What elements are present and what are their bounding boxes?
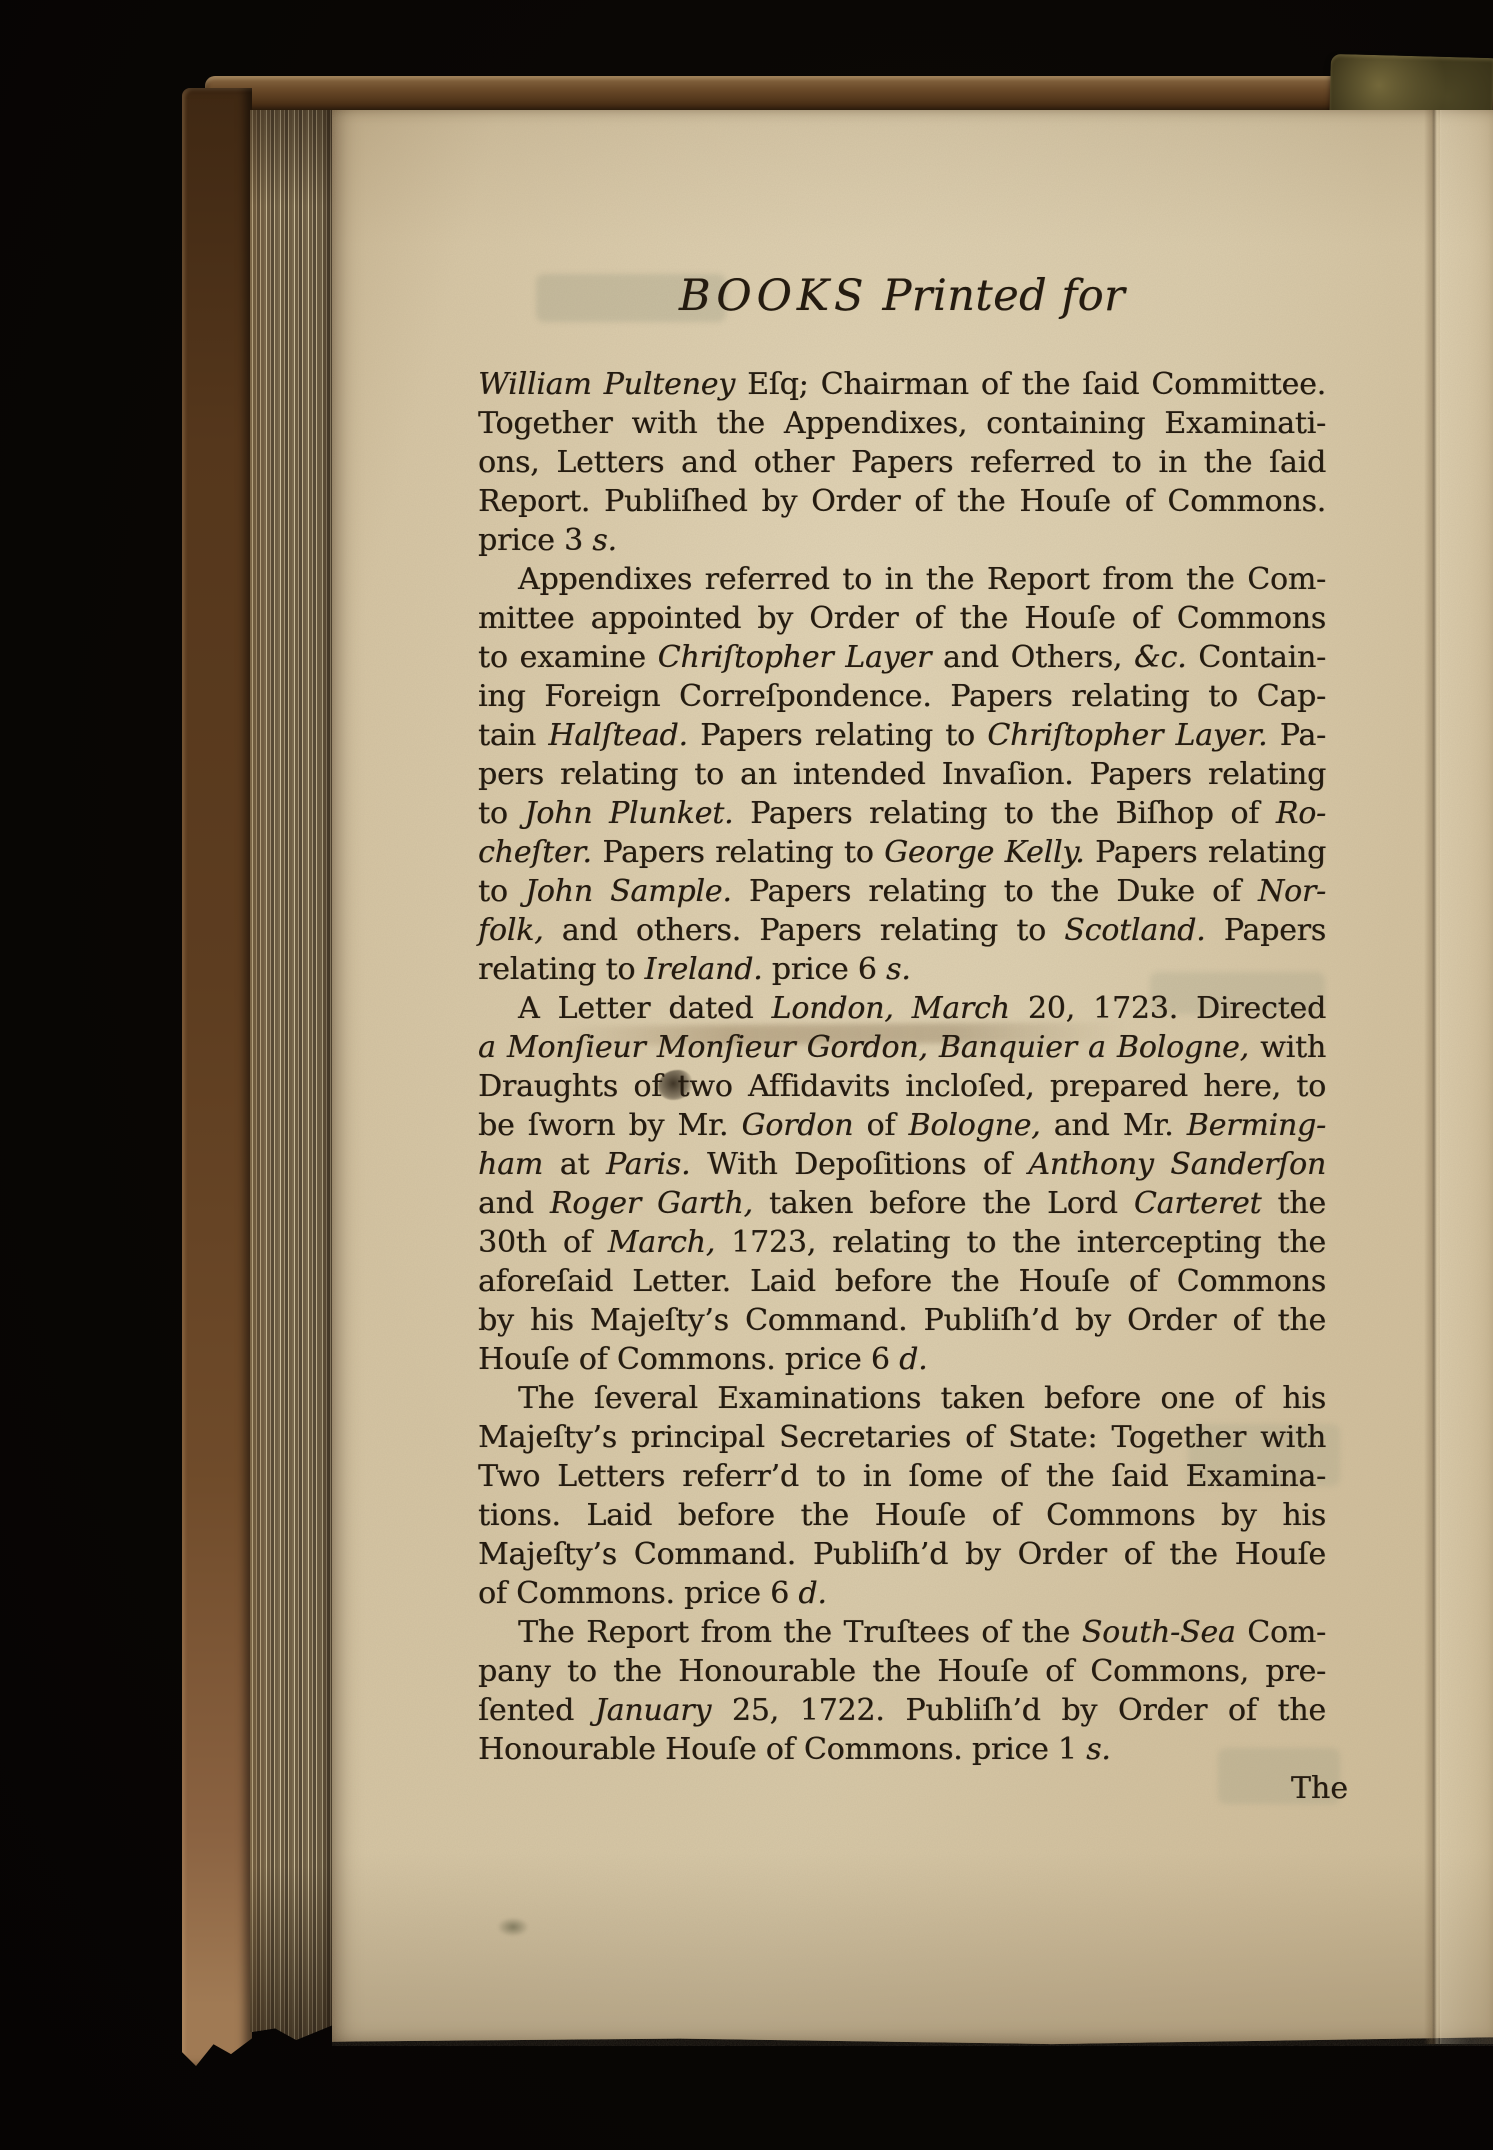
text-run: Berming- xyxy=(1187,1108,1326,1143)
heading-word-books: BOOKS xyxy=(679,271,868,321)
page-heading: BOOKSPrinted for xyxy=(478,270,1326,322)
text-run: Roger Garth, xyxy=(550,1186,753,1221)
text-body: William Pulteney Eſq; Chairman of the ſa… xyxy=(478,365,1326,1808)
text-line: to examine Chriſtopher Layer and Others,… xyxy=(478,638,1326,677)
text-line: Two Letters referr’d to in ſome of the ſ… xyxy=(478,1457,1326,1496)
text-run: mittee appointed by Order of the Houſe o… xyxy=(478,601,1326,636)
text-run: ham xyxy=(478,1147,543,1182)
text-line: ons, Letters and other Papers referred t… xyxy=(478,443,1326,482)
text-run: Nor- xyxy=(1258,874,1326,909)
text-line: William Pulteney Eſq; Chairman of the ſa… xyxy=(478,365,1326,404)
text-run: relating to xyxy=(478,952,645,987)
text-run: John Sample. xyxy=(525,874,732,909)
text-line: A Letter dated London, March 20, 1723. D… xyxy=(478,989,1326,1028)
text-run: and xyxy=(478,1186,550,1221)
text-run: taken before the Lord xyxy=(753,1186,1134,1221)
text-run: ing Foreign Correſpondence. Papers relat… xyxy=(478,679,1326,714)
text-run: d. xyxy=(899,1342,927,1377)
text-run: Papers xyxy=(1205,913,1326,948)
text-run: be ſworn by Mr. xyxy=(478,1108,742,1143)
text-line: be ſworn by Mr. Gordon of Bologne, and M… xyxy=(478,1106,1326,1145)
book-top-edge-leather xyxy=(205,76,1493,114)
text-line: Majeſty’s Command. Publiſh’d by Order of… xyxy=(478,1535,1326,1574)
text-line: 30th of March, 1723, relating to the int… xyxy=(478,1223,1326,1262)
text-run: 25, 1722. Publiſh’d by Order of the xyxy=(711,1693,1326,1728)
text-run: Ireland. xyxy=(645,952,763,987)
text-run: to xyxy=(478,874,525,909)
text-line: pers relating to an intended Invaſion. P… xyxy=(478,755,1326,794)
text-run: Anthony Sanderſon xyxy=(1028,1147,1326,1182)
text-run: Draughts of two Affidavits incloſed, pre… xyxy=(478,1069,1326,1104)
text-line: Report. Publiſhed by Order of the Houſe … xyxy=(478,482,1326,521)
text-run: price 6 xyxy=(762,952,886,987)
text-run: Chriſtopher Layer xyxy=(658,640,932,675)
text-run: Papers relating to xyxy=(688,718,987,753)
text-line: Houſe of Commons. price 6 d. xyxy=(478,1340,1326,1379)
text-run: aforeſaid Letter. Laid before the Houſe … xyxy=(478,1264,1326,1299)
text-run: Contain- xyxy=(1186,640,1326,675)
text-run: George Kelly. xyxy=(884,835,1084,870)
text-run: Scotland. xyxy=(1064,913,1205,948)
text-run: to xyxy=(478,796,524,831)
text-run: to examine xyxy=(478,640,658,675)
text-run: of xyxy=(853,1108,908,1143)
page-right-fold xyxy=(1440,110,1493,2044)
text-run: pany to the Honourable the Houſe of Comm… xyxy=(478,1654,1326,1689)
text-run: by his Majeſty’s Command. Publiſh’d by O… xyxy=(478,1303,1326,1338)
text-line: tain Halſtead. Papers relating to Chriſt… xyxy=(478,716,1326,755)
text-run: s. xyxy=(886,952,911,987)
text-run: ſented xyxy=(478,1693,595,1728)
text-line: of Commons. price 6 d. xyxy=(478,1574,1326,1613)
text-run: Together with the Appendixes, containing… xyxy=(478,406,1326,441)
heading-rest: Printed for xyxy=(882,271,1125,321)
text-line: The ſeveral Examinations taken before on… xyxy=(478,1379,1326,1418)
text-run: at xyxy=(543,1147,606,1182)
text-line: folk, and others. Papers relating to Sco… xyxy=(478,911,1326,950)
text-line: Majeſty’s principal Secretaries of State… xyxy=(478,1418,1326,1457)
text-line: price 3 s. xyxy=(478,521,1326,560)
text-run: Gordon xyxy=(742,1108,854,1143)
text-run: cheſter. xyxy=(478,835,592,870)
text-line: to John Sample. Papers relating to the D… xyxy=(478,872,1326,911)
text-run: Papers relating to xyxy=(592,835,884,870)
text-line: aforeſaid Letter. Laid before the Houſe … xyxy=(478,1262,1326,1301)
text-line: cheſter. Papers relating to George Kelly… xyxy=(478,833,1326,872)
text-run: ons, Letters and other Papers referred t… xyxy=(478,445,1326,480)
text-line: ing Foreign Correſpondence. Papers relat… xyxy=(478,677,1326,716)
text-line: mittee appointed by Order of the Houſe o… xyxy=(478,599,1326,638)
text-line: to John Plunket. Papers relating to the … xyxy=(478,794,1326,833)
text-line: Appendixes referred to in the Report fro… xyxy=(478,560,1326,599)
text-run: A Letter dated xyxy=(518,991,772,1026)
book-photo: BOOKSPrinted for William Pulteney Eſq; C… xyxy=(0,0,1493,2150)
text-run: South-Sea xyxy=(1082,1615,1236,1650)
text-line: Honourable Houſe of Commons. price 1 s. xyxy=(478,1730,1326,1769)
text-run: Papers relating xyxy=(1084,835,1326,870)
text-run: &c. xyxy=(1134,640,1186,675)
text-run: the xyxy=(1261,1186,1326,1221)
text-run: price 3 xyxy=(478,523,592,558)
text-run: London, March xyxy=(772,991,1010,1026)
text-run: of Commons. price 6 xyxy=(478,1576,798,1611)
text-run: Bologne, xyxy=(909,1108,1041,1143)
text-run: Paris. xyxy=(606,1147,690,1182)
text-run: The ſeveral Examinations taken before on… xyxy=(518,1381,1326,1416)
text-run: Majeſty’s Command. Publiſh’d by Order of… xyxy=(478,1537,1326,1572)
text-run: With Depoſitions of xyxy=(690,1147,1028,1182)
text-run: The Report from the Truſtees of the xyxy=(518,1615,1082,1650)
text-run: Houſe of Commons. price 6 xyxy=(478,1342,899,1377)
text-line: Together with the Appendixes, containing… xyxy=(478,404,1326,443)
text-run: pers relating to an intended Invaſion. P… xyxy=(478,757,1326,792)
text-line: pany to the Honourable the Houſe of Comm… xyxy=(478,1652,1326,1691)
paper-smudge xyxy=(498,1918,528,1936)
page-crease xyxy=(1424,110,1442,2044)
text-run: Chriſtopher Layer. xyxy=(987,718,1267,753)
text-line: ſented January 25, 1722. Publiſh’d by Or… xyxy=(478,1691,1326,1730)
text-run: March, xyxy=(608,1225,715,1260)
text-run: Halſtead. xyxy=(548,718,687,753)
text-line: ham at Paris. With Depoſitions of Anthon… xyxy=(478,1145,1326,1184)
text-run: s. xyxy=(592,523,617,558)
text-run: Honourable Houſe of Commons. price 1 xyxy=(478,1732,1086,1767)
text-run: Majeſty’s principal Secretaries of State… xyxy=(478,1420,1326,1455)
text-run: with xyxy=(1249,1030,1326,1065)
text-line: The Report from the Truſtees of the Sout… xyxy=(478,1613,1326,1652)
text-run: Report. Publiſhed by Order of the Houſe … xyxy=(478,484,1326,519)
text-run: a Monſieur Monſieur Gordon, Banquier a B… xyxy=(478,1030,1249,1065)
text-run: 1723, relating to the intercepting the xyxy=(715,1225,1326,1260)
text-run: William Pulteney xyxy=(478,367,735,402)
text-run: Two Letters referr’d to in ſome of the ſ… xyxy=(478,1459,1326,1494)
text-run: and Others, xyxy=(931,640,1134,675)
text-line: relating to Ireland. price 6 s. xyxy=(478,950,1326,989)
catchword: The xyxy=(478,1769,1348,1808)
text-line: by his Majeſty’s Command. Publiſh’d by O… xyxy=(478,1301,1326,1340)
text-line: a Monſieur Monſieur Gordon, Banquier a B… xyxy=(478,1028,1326,1067)
text-run: January xyxy=(595,1693,711,1728)
text-line: Draughts of two Affidavits incloſed, pre… xyxy=(478,1067,1326,1106)
text-run: Papers relating to the Duke of xyxy=(732,874,1258,909)
text-run: tain xyxy=(478,718,548,753)
text-run: 20, 1723. Directed xyxy=(1010,991,1326,1026)
text-run: Appendixes referred to in the Report fro… xyxy=(518,562,1326,597)
text-run: Ro- xyxy=(1276,796,1326,831)
text-run: folk, xyxy=(478,913,543,948)
text-run: John Plunket. xyxy=(524,796,733,831)
text-run: Pa- xyxy=(1267,718,1326,753)
book-cover-left-edge xyxy=(182,88,252,2066)
text-run: Com- xyxy=(1236,1615,1326,1650)
text-run: s. xyxy=(1086,1732,1111,1767)
text-run: tions. Laid before the Houſe of Commons … xyxy=(478,1498,1326,1533)
text-run: d. xyxy=(798,1576,826,1611)
text-run: Papers relating to the Biſhop of xyxy=(733,796,1275,831)
text-run: and others. Papers relating to xyxy=(543,913,1064,948)
text-run: 30th of xyxy=(478,1225,608,1260)
text-run: Carteret xyxy=(1134,1186,1262,1221)
text-run: and Mr. xyxy=(1041,1108,1187,1143)
text-run: Eſq; Chairman of the ſaid Committee. xyxy=(735,367,1326,402)
text-line: tions. Laid before the Houſe of Commons … xyxy=(478,1496,1326,1535)
fore-edge-page-stack xyxy=(250,110,334,2040)
text-line: and Roger Garth, taken before the Lord C… xyxy=(478,1184,1326,1223)
